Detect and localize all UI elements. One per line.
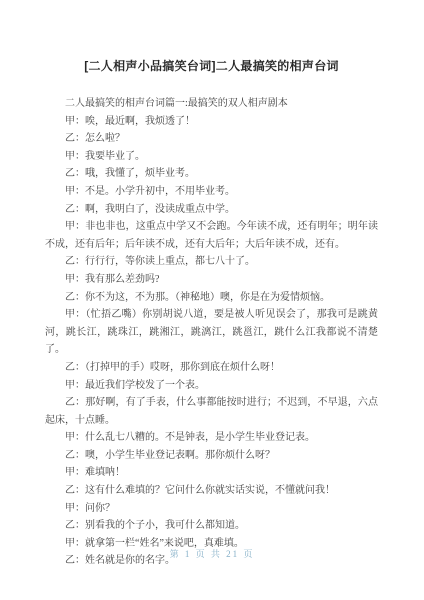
paragraph: 乙：这有什么难填的？它问什么你就实话实说，不懂就问我！ bbox=[45, 482, 378, 500]
paragraph: 乙：怎么啦？ bbox=[45, 130, 378, 148]
paragraph: 甲：（忙捂乙嘴）你别胡说八道，要是被人听见误会了，那我可是跳黄河，跳长江，跳珠江… bbox=[45, 306, 378, 359]
document-title: [二人相声小品搞笑台词]二人最搞笑的相声台词 bbox=[45, 58, 378, 74]
document-body: 二人最搞笑的相声台词篇一:最搞笑的双人相声剧本甲：唉，最近啊，我烦透了！乙：怎么… bbox=[45, 95, 378, 570]
paragraph: 乙：啊，我明白了，没读成重点中学。 bbox=[45, 201, 378, 219]
paragraph: 甲：唉，最近啊，我烦透了！ bbox=[45, 113, 378, 131]
paragraph: 二人最搞笑的相声台词篇一:最搞笑的双人相声剧本 bbox=[45, 95, 378, 113]
paragraph: 甲：最近我们学校发了一个表。 bbox=[45, 377, 378, 395]
paragraph: 乙：那好啊，有了手表，什么事都能按时进行；不迟到，不早退，六点起床，十点睡。 bbox=[45, 394, 378, 429]
paragraph: 甲：非也非也，这重点中学又不会跑。今年读不成，还有明年；明年读不成，还有后年；后… bbox=[45, 218, 378, 253]
paragraph: 甲：我要毕业了。 bbox=[45, 148, 378, 166]
paragraph: 乙：你不为这，不为那。（神秘地）噢，你是在为爱情烦恼。 bbox=[45, 289, 378, 307]
paragraph: 甲：问你？ bbox=[45, 500, 378, 518]
document-page: [二人相声小品搞笑台词]二人最搞笑的相声台词 二人最搞笑的相声台词篇一:最搞笑的… bbox=[0, 0, 424, 600]
page-footer: 第 1 页 共 21 页 bbox=[0, 544, 424, 562]
paragraph: 甲：难填呐！ bbox=[45, 464, 378, 482]
paragraph: 乙：噢，小学生毕业登记表啊。那你烦什么呀？ bbox=[45, 447, 378, 465]
paragraph: 甲：什么乱七八糟的。不是钟表，是小学生毕业登记表。 bbox=[45, 429, 378, 447]
page-indicator: 第 1 页 共 21 页 bbox=[170, 549, 255, 559]
paragraph: 乙：行行行，等你读上重点，都七八十了。 bbox=[45, 253, 378, 271]
paragraph: 甲：我有那么差劲吗? bbox=[45, 271, 378, 289]
paragraph: 乙：（打掉甲的手）哎呀，那你到底在烦什么呀！ bbox=[45, 359, 378, 377]
paragraph: 乙：别看我的个子小，我可什么都知道。 bbox=[45, 517, 378, 535]
paragraph: 乙：哦，我懂了，烦毕业考。 bbox=[45, 165, 378, 183]
paragraph: 甲：不是。小学升初中，不用毕业考。 bbox=[45, 183, 378, 201]
